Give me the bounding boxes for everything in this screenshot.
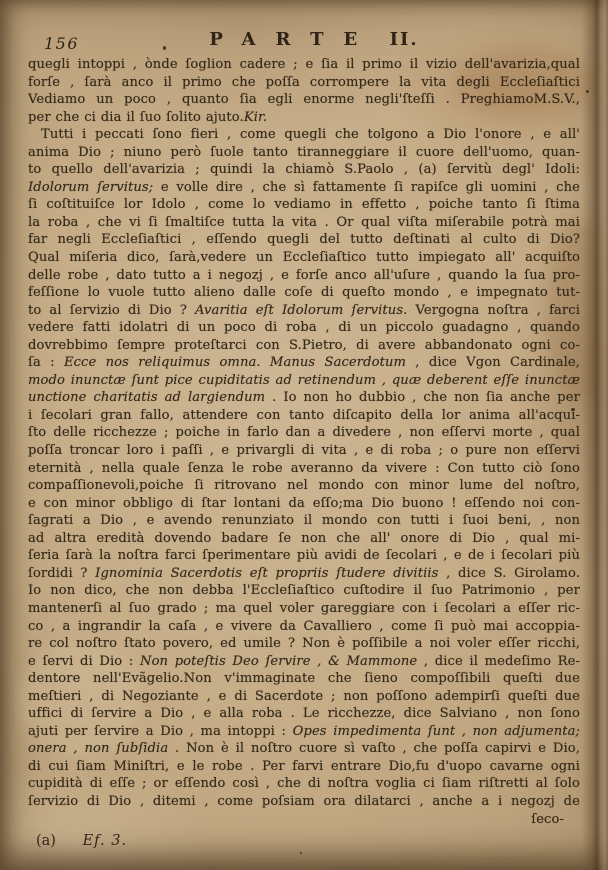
body-text-segment: Vediamo un poco , quanto ſia egli enorme… — [28, 92, 580, 107]
body-text-segment: ſa : — [28, 355, 64, 370]
text-line: to quello dell'avarizia ; quindi la chia… — [28, 161, 580, 179]
body-text-segment: , dice Vgon Cardinale, — [406, 355, 580, 370]
text-line: ſagrati a Dio , e avendo renunziato il m… — [28, 512, 580, 530]
text-line: onera , non ſubſidia . Non è il noſtro c… — [28, 740, 580, 758]
text-line: meſtieri , di Negoziante , e di Sacerdot… — [28, 688, 580, 706]
body-text-segment: ad altra eredità dovendo badare ſe non c… — [28, 531, 580, 546]
text-line: di cui ſiam Miniſtri, e le robe . Per fa… — [28, 758, 580, 776]
running-title-text: PARTE — [209, 29, 377, 50]
body-text-segment: co , a ingrandir la caſa , e vivere da C… — [28, 619, 580, 634]
footnote-marker: (a) — [36, 833, 56, 849]
body-text-segment: Tutti i peccati ſono fieri , come quegli… — [41, 127, 580, 142]
body-text-segment: ajuti per ſervire a Dio , ma intoppi : — [28, 724, 293, 739]
body-text-segment: mantenerſi al ſuo grado ; ma quel voler … — [28, 601, 580, 616]
body-text-segment: vedere fatti idolatri di un poco di roba… — [28, 320, 580, 335]
latin-italic-text: unctione charitatis ad largiendum — [28, 390, 265, 405]
body-text-segment: anima Dio ; niuno però ſuole tanto tiran… — [28, 145, 580, 160]
footnote: (a) Ef. 3. — [36, 833, 127, 849]
body-text-segment: forſe , ſarà anco il primo che poſſa cor… — [28, 75, 580, 90]
text-line: compaſſionevoli,poiche ſi ritrovano nel … — [28, 477, 580, 495]
body-text-segment: e ſervi di Dio : — [28, 654, 140, 669]
latin-italic-text: onera , non ſubſidia — [28, 741, 168, 756]
body-text-segment: per che ci dia il ſuo ſolito ajuto. — [28, 110, 244, 125]
body-text-segment: e volle dire , che sì fattamente ſi rapi… — [153, 180, 580, 195]
body-text-segment: Vergogna noſtra , farci — [407, 303, 580, 318]
text-line: Qual miſeria dico, ſarà,vedere un Eccleſ… — [28, 249, 580, 267]
text-line: far negli Eccleſiaſtici , eſſendo quegli… — [28, 231, 580, 249]
ink-speck — [300, 852, 302, 854]
text-line: to al ſervizio di Dio ? Avaritia eſt Ido… — [28, 302, 580, 320]
footnote-text: Ef. 3. — [83, 833, 128, 849]
text-line: poſſa troncar loro i paſſi , e privargli… — [28, 442, 580, 460]
text-line: re col noſtro ſtato povero, ed umile ? N… — [28, 635, 580, 653]
ink-speck — [586, 90, 589, 93]
latin-italic-text: Ecce nos reliquimus omna. Manus Sacerdot… — [64, 355, 406, 370]
text-line: quegli intoppi , ònde ſoglion cadere ; e… — [28, 56, 580, 74]
body-text-segment: Qual miſeria dico, ſarà,vedere un Eccleſ… — [28, 250, 580, 265]
body-text-segment: eternità , nella quale ſenza le robe ave… — [28, 461, 580, 476]
text-line: eternità , nella quale ſenza le robe ave… — [28, 460, 580, 478]
latin-italic-text: Idolorum ſervitus; — [28, 180, 153, 195]
body-text-segment: i ſecolari gran fallo, attendere con tan… — [28, 408, 580, 423]
text-line: e con minor obbligo di ſtar lontani da e… — [28, 495, 580, 513]
book-page: 156 PARTE II. quegli intoppi , ònde ſogl… — [0, 0, 608, 870]
text-line: uffici di ſervire a Dio , e alla roba . … — [28, 705, 580, 723]
page-gutter-shadow — [582, 0, 608, 870]
body-text-segment: ſagrati a Dio , e avendo renunziato il m… — [28, 513, 580, 528]
latin-italic-text: modo inunctæ ſunt pice cupiditatis ad re… — [28, 373, 580, 388]
body-text-segment: feſſione lo vuole tutto alieno dalle coſ… — [28, 285, 580, 300]
body-text-segment: re col noſtro ſtato povero, ed umile ? N… — [28, 636, 580, 651]
latin-italic-text: Avaritia eſt Idolorum ſervitus. — [195, 303, 407, 318]
text-line: Idolorum ſervitus; e volle dire , che sì… — [28, 179, 580, 197]
text-line: vedere fatti idolatri di un poco di roba… — [28, 319, 580, 337]
body-text-segment: , dice S. Girolamo. — [438, 566, 580, 581]
body-text-segment: to quello dell'avarizia ; quindi la chia… — [28, 162, 580, 177]
latin-italic-text: Non poteſtis Deo ſervire , & Mammone — [140, 654, 417, 669]
text-line: ſeria ſarà la noſtra farci ſperimentare … — [28, 547, 580, 565]
body-text-segment: meſtieri , di Negoziante , e di Sacerdot… — [28, 689, 580, 704]
catchword: ſeco- — [28, 811, 580, 829]
body-text-segment: Io non dico, che non debba l'Eccleſiaſti… — [28, 583, 580, 598]
text-line: ſa : Ecce nos reliquimus omna. Manus Sac… — [28, 354, 580, 372]
text-line: Io non dico, che non debba l'Eccleſiaſti… — [28, 582, 580, 600]
running-title: PARTE II. — [40, 29, 588, 50]
body-text-segment: . Io non ho dubbio , che non ſia anche p… — [265, 390, 580, 405]
body-text-segment: e con minor obbligo di ſtar lontani da e… — [28, 496, 580, 511]
body-text-segment: compaſſionevoli,poiche ſi ritrovano nel … — [28, 478, 580, 493]
text-line: cupidità di eſſe ; or eſſendo così , che… — [28, 775, 580, 793]
body-text-segment: ſervizio di Dio , ditemi , come poſsiam … — [28, 794, 580, 809]
body-text-segment: ſi coſtituiſce lor Idolo , come lo vedia… — [28, 197, 580, 212]
text-line: forſe , ſarà anco il primo che poſſa cor… — [28, 74, 580, 92]
body-text-segment: to al ſervizio di Dio ? — [28, 303, 195, 318]
text-line: ad altra eredità dovendo badare ſe non c… — [28, 530, 580, 548]
body-text-segment: poſſa troncar loro i paſſi , e privargli… — [28, 443, 580, 458]
body-text: quegli intoppi , ònde ſoglion cadere ; e… — [28, 56, 580, 828]
body-text-segment: cupidità di eſſe ; or eſſendo così , che… — [28, 776, 580, 791]
body-text-segment: ſto delle ricchezze ; poiche in farlo da… — [28, 425, 580, 440]
text-line: ſto delle ricchezze ; poiche in farlo da… — [28, 424, 580, 442]
text-line: feſſione lo vuole tutto alieno dalle coſ… — [28, 284, 580, 302]
body-text-segment: la roba , che vi ſi ſmaltiſce tutta la v… — [28, 215, 580, 230]
page-header: 156 PARTE II. — [0, 29, 588, 55]
body-text-segment: , dice il medeſimo Re- — [417, 654, 580, 669]
text-line: ajuti per ſervire a Dio , ma intoppi : O… — [28, 723, 580, 741]
body-text-segment: far negli Eccleſiaſtici , eſſendo quegli… — [28, 232, 580, 247]
latin-italic-text: Kir. — [244, 110, 267, 125]
text-line: ſordidi ? Ignominia Sacerdotis eſt propr… — [28, 565, 580, 583]
latin-italic-text: Ignominia Sacerdotis eſt propriis ſtuder… — [95, 566, 438, 581]
body-text-segment: ſeria ſarà la noſtra farci ſperimentare … — [28, 548, 580, 563]
running-title-part-number: II. — [390, 29, 419, 50]
body-text-segment: di cui ſiam Miniſtri, e le robe . Per fa… — [28, 759, 580, 774]
body-text-segment: ſeco- — [531, 812, 564, 827]
text-line: Vediamo un poco , quanto ſia egli enorme… — [28, 91, 580, 109]
text-line: per che ci dia il ſuo ſolito ajuto.Kir. — [28, 109, 580, 127]
text-line: mantenerſi al ſuo grado ; ma quel voler … — [28, 600, 580, 618]
body-text-segment: delle robe , dato tutto a i negozj , e f… — [28, 268, 580, 283]
text-line: i ſecolari gran fallo, attendere con tan… — [28, 407, 580, 425]
text-line: e ſervi di Dio : Non poteſtis Deo ſervir… — [28, 653, 580, 671]
body-text-segment: dentore nell'Evãgelio.Non v'immaginate c… — [28, 671, 580, 686]
body-text-segment: . Non è il noſtro cuore sì vaſto , che p… — [168, 741, 580, 756]
text-line: modo inunctæ ſunt pice cupiditatis ad re… — [28, 372, 580, 390]
text-line: anima Dio ; niuno però ſuole tanto tiran… — [28, 144, 580, 162]
text-line: unctione charitatis ad largiendum . Io n… — [28, 389, 580, 407]
text-line: dentore nell'Evãgelio.Non v'immaginate c… — [28, 670, 580, 688]
text-line: ſervizio di Dio , ditemi , come poſsiam … — [28, 793, 580, 811]
text-line: Tutti i peccati ſono fieri , come quegli… — [28, 126, 580, 144]
latin-italic-text: Opes impedimenta ſunt , non adjumenta; — [293, 724, 580, 739]
body-text-segment: uffici di ſervire a Dio , e alla roba . … — [28, 706, 580, 721]
body-text-segment: ſordidi ? — [28, 566, 95, 581]
body-text-segment: dovrebbimo ſempre proteſtarci con S.Piet… — [28, 338, 580, 353]
text-line: delle robe , dato tutto a i negozj , e f… — [28, 267, 580, 285]
text-line: co , a ingrandir la caſa , e vivere da C… — [28, 618, 580, 636]
text-line: la roba , che vi ſi ſmaltiſce tutta la v… — [28, 214, 580, 232]
text-line: ſi coſtituiſce lor Idolo , come lo vedia… — [28, 196, 580, 214]
text-line: dovrebbimo ſempre proteſtarci con S.Piet… — [28, 337, 580, 355]
body-text-segment: quegli intoppi , ònde ſoglion cadere ; e… — [28, 57, 580, 72]
